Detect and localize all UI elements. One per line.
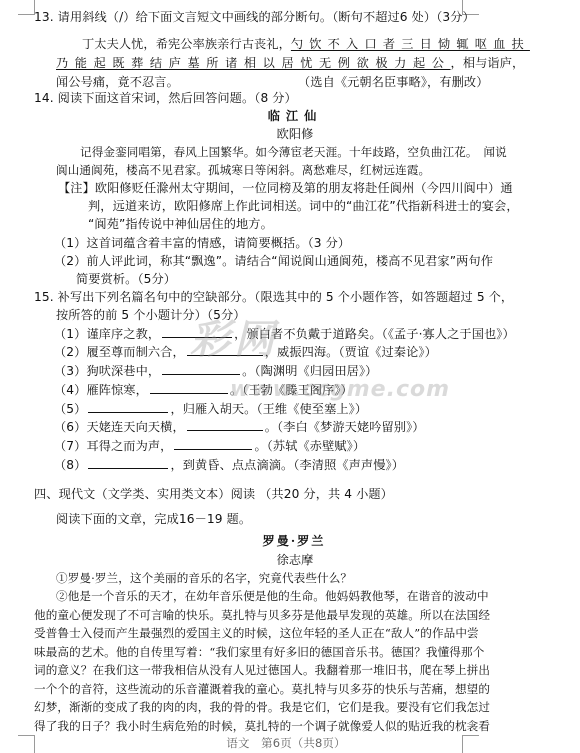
answer-blank[interactable] bbox=[162, 326, 232, 338]
q13-passage-line1: 丁太夫人忧，希宪公率族亲行古丧礼，勺饮不入口者三日恸辄呕血扶 bbox=[82, 36, 530, 52]
q13-prompt: 13. 请用斜线（/）给下面文言短文中画线的部分断句。（断句不超过6 处）（3分… bbox=[34, 9, 475, 25]
item-after-text: ，威振四海。（贾谊《过秦论》） bbox=[265, 345, 437, 359]
q15-prompt-line1: 15. 补写出下列名篇名句中的空缺部分。（限选其中的 5 个小题作答，如答题超过… bbox=[34, 289, 513, 305]
q13-line2-suffix: ，相与诣庐， bbox=[451, 56, 525, 70]
q15-item-2: （2）履至尊而制六合，，威振四海。（贾谊《过秦论》） bbox=[54, 344, 437, 360]
article-paragraph-2-line-7: 幻梦，渐渐的变成了我的肉的肉，我的骨的骨。我是它们，它们是我。要没有它们我怎过 bbox=[34, 699, 490, 715]
item-after-text: 。（苏轼《赤壁赋》） bbox=[254, 439, 365, 453]
item-before-text: 耳得之而为声， bbox=[86, 439, 172, 453]
item-number: （3） bbox=[54, 364, 86, 378]
article-paragraph-2-line-3: 受普鲁士入侵而产生最强烈的爱国主义的时候，这位年轻的圣人正在“敌人”的作品中尝 bbox=[34, 625, 479, 641]
item-number: （2） bbox=[54, 345, 86, 359]
poem-note-line-3: “阆苑”指传说中神仙居住的地方。 bbox=[88, 216, 273, 232]
item-number: （1） bbox=[54, 327, 86, 341]
q15-item-5: （5），归雁入胡天。（王维《使至塞上》） bbox=[54, 401, 367, 417]
item-number: （6） bbox=[54, 420, 86, 434]
section4-heading: 四、现代文（文学类、实用类文本）阅读 （共20 分，共 4 小题） bbox=[34, 486, 393, 502]
q14-sub2-line1: （2）前人评此词，称其“飘逸”。请结合“闻说阆山通阆苑，楼高不见君家”两句作 bbox=[54, 253, 493, 269]
item-after-text: ，颁白者不负戴于道路矣。（《孟子·寡人之于国也》） bbox=[234, 327, 515, 341]
exam-page: 13. 请用斜线（/）给下面文言短文中画线的部分断句。（断句不超过6 处）（3分… bbox=[0, 0, 580, 753]
answer-blank[interactable] bbox=[162, 363, 240, 375]
item-after-text: ，归雁入胡天。（王维《使至塞上》） bbox=[170, 402, 367, 416]
q15-item-8: （8），到黄昏、点点滴滴。（李清照《声声慢》） bbox=[54, 457, 404, 473]
section4-instruction: 阅读下面的文章，完成16－19 题。 bbox=[56, 511, 251, 527]
article-paragraph-2-line-1: ②他是一个音乐的天才，在幼年音乐便是他的生命。他妈妈教他琴，在谐音的波动中 bbox=[56, 588, 489, 604]
item-number: （5） bbox=[54, 402, 86, 416]
item-before-text: 谨庠序之教， bbox=[86, 327, 160, 341]
article-paragraph-2-line-5: 词的意义？在我们这一带我相信从没有人见过德国人。我翻着那一堆旧书，爬在琴上拼出 bbox=[34, 662, 490, 678]
article-paragraph-2-line-6: 一个个的音符，这些流动的乐音灌溉着我的童心。莫扎特与贝多芬的快乐与苦痛，想望的 bbox=[34, 681, 490, 697]
article-paragraph-2-line-2: 他的童心便发现了不可言喻的快乐。莫扎特与贝多芬是他最早发现的英雄。所以在法国经 bbox=[34, 607, 490, 623]
item-after-text: 。（李白《梦游天姥吟留别》） bbox=[265, 420, 425, 434]
q13-passage-line3: 闻公号痛，竟不忍言。 bbox=[56, 74, 179, 90]
item-number: （7） bbox=[54, 439, 86, 453]
q14-prompt: 14. 阅读下面这首宋词，然后回答问题。（8 分） bbox=[34, 90, 297, 106]
answer-blank[interactable] bbox=[187, 344, 263, 356]
article-author: 徐志摩 bbox=[5, 552, 580, 568]
q15-prompt-line2: 按所答的前 5 个小题计分）（5分） bbox=[56, 307, 246, 323]
poem-author: 欧阳修 bbox=[5, 126, 580, 142]
answer-blank[interactable] bbox=[150, 382, 228, 394]
q14-sub1: （1）这首词蕴含着丰富的情感，请简要概括。（3 分） bbox=[54, 235, 350, 251]
article-paragraph-2-line-8: 得了我的日子？我小时生病危殆的时候，莫扎特的一个调子就像爱人似的贴近我的枕衾看 bbox=[34, 718, 490, 734]
q15-item-4: （4）雁阵惊寒，。（王勃《滕王阁序》） bbox=[54, 382, 353, 398]
item-before-text: 天姥连天向天横， bbox=[86, 420, 184, 434]
poem-note-line-1: 【注】欧阳修贬任滁州太守期间，一位同榜及第的朋友将赴任阆州（今四川阆中）通 bbox=[58, 180, 513, 196]
q14-sub2-line2: 简要赏析。（5分） bbox=[76, 271, 176, 287]
q15-item-6: （6）天姥连天向天横，。（李白《梦游天姥吟留别》） bbox=[54, 419, 425, 435]
article-paragraph-2-line-4: 味最高的艺术。他的自传里写着：“我们家里有好多旧的德国音乐书。德国？我懂得那个 bbox=[34, 644, 484, 660]
item-after-text: 。（陶渊明《归园田居》） bbox=[242, 364, 377, 378]
answer-blank[interactable] bbox=[88, 401, 168, 413]
answer-blank[interactable] bbox=[88, 457, 168, 469]
item-after-text: ，到黄昏、点点滴滴。（李清照《声声慢》） bbox=[170, 458, 404, 472]
q13-line1-prefix: 丁太夫人忧，希宪公率族亲行古丧礼， bbox=[82, 37, 291, 51]
answer-blank[interactable] bbox=[174, 438, 252, 450]
q13-source: （选自《元朝名臣事略》，有删改） bbox=[298, 74, 489, 90]
item-number: （4） bbox=[54, 383, 86, 397]
q13-passage-line2: 乃能起既葬结庐墓所诸相以居忧无例欲极力起公，相与诣庐， bbox=[56, 55, 524, 71]
q15-item-3: （3）狗吠深巷中，。（陶渊明《归园田居》） bbox=[54, 363, 377, 379]
item-before-text: 雁阵惊寒， bbox=[86, 383, 147, 397]
q15-item-7: （7）耳得之而为声，。（苏轼《赤壁赋》） bbox=[54, 438, 365, 454]
q13-underlined-1: 勺饮不入口者三日恸辄呕血扶 bbox=[291, 37, 530, 51]
item-before-text: 履至尊而制六合， bbox=[86, 345, 184, 359]
poem-title: 临江仙 bbox=[5, 108, 580, 124]
article-title: 罗曼·罗兰 bbox=[4, 533, 580, 549]
q13-underlined-2: 乃能起既葬结庐墓所诸相以居忧无例欲极力起公 bbox=[56, 56, 451, 70]
item-before-text: 狗吠深巷中， bbox=[86, 364, 160, 378]
article-paragraph-1: ①罗曼·罗兰，这个美丽的音乐的名字，究竟代表些什么？ bbox=[56, 570, 352, 586]
answer-blank[interactable] bbox=[187, 419, 263, 431]
q15-item-1: （1）谨庠序之教，，颁白者不负戴于道路矣。（《孟子·寡人之于国也》） bbox=[54, 326, 515, 342]
item-number: （8） bbox=[54, 458, 86, 472]
crop-mark-top-left bbox=[18, 0, 35, 15]
poem-note-line-2: 判，远道来访，欧阳修席上作此词相送。词中的“曲江花”代指新科进士的宴会， bbox=[88, 198, 519, 214]
page-footer: 语文 第6页（共8页） bbox=[0, 735, 576, 751]
item-after-text: 。（王勃《滕王阁序》） bbox=[230, 383, 353, 397]
poem-line-1: 记得金銮同唱第，春风上国繁华。如今薄宦老天涯。十年歧路，空负曲江花。 闻说 bbox=[80, 144, 507, 160]
poem-line-2: 阆山通阆苑，楼高不见君家。孤城寒日等闲斜。离愁难尽，红树远连霞。 bbox=[56, 162, 430, 178]
